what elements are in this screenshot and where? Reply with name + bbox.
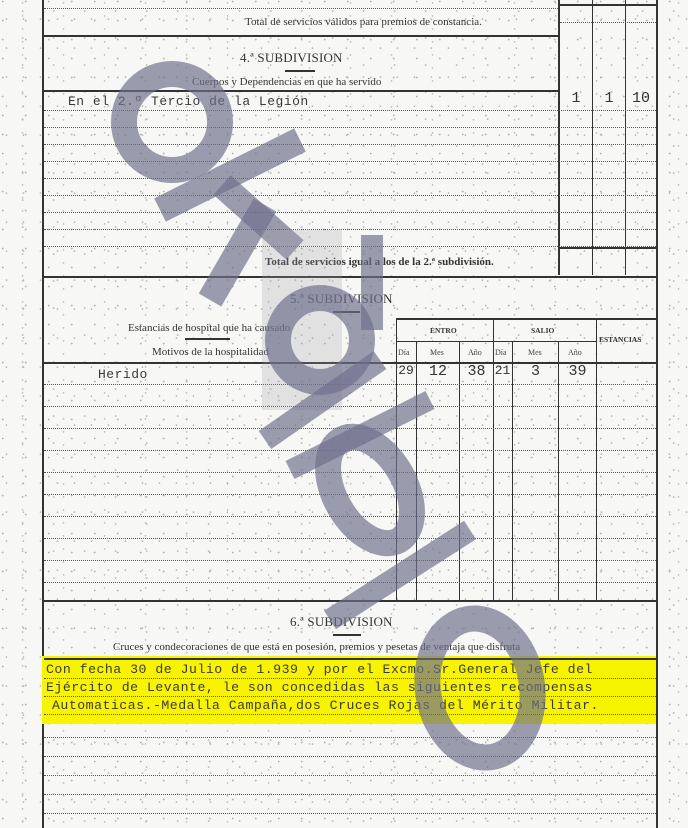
section4-entry: En el 2.º Tercio de la Legión bbox=[68, 94, 309, 109]
salio-mes: 3 bbox=[513, 363, 558, 380]
section4-col1: 1 bbox=[560, 90, 592, 107]
right-border bbox=[656, 0, 658, 828]
section5-title: 5.ª SUBDIVISION bbox=[290, 291, 393, 307]
section4-col2: 1 bbox=[593, 90, 625, 107]
section-rule bbox=[44, 276, 656, 278]
col-top-rule bbox=[560, 4, 656, 6]
hospital-motivo: Herido bbox=[98, 367, 148, 382]
header-entro: ENTRO bbox=[430, 326, 457, 335]
section4-col3: 10 bbox=[626, 90, 656, 107]
section4-subtitle: Cuerpos y Dependencias en que ha servido bbox=[192, 76, 381, 88]
dotted-rule bbox=[44, 8, 558, 9]
entro-mes: 12 bbox=[417, 363, 459, 380]
header-salio: SALIO bbox=[531, 326, 554, 335]
section5-subtitle2: Motivos de la hospitalidad bbox=[152, 346, 269, 358]
section6-title: 6.ª SUBDIVISION bbox=[290, 614, 393, 630]
section4-total-label: Total de servicios igual a los de la 2.ª… bbox=[265, 256, 494, 268]
section-rule bbox=[44, 600, 656, 602]
entro-dia: 29 bbox=[396, 363, 416, 378]
section6-subtitle: Cruces y condecoraciones de que está en … bbox=[113, 641, 520, 653]
col-divider bbox=[558, 0, 560, 275]
top-total-label: Total de servicios válidos para premios … bbox=[245, 16, 482, 28]
salio-ano: 39 bbox=[559, 363, 596, 380]
header-entro-mes: Mes bbox=[430, 348, 444, 357]
header-entro-ano: Año bbox=[468, 348, 482, 357]
section4-title: 4.ª SUBDIVISION bbox=[240, 50, 343, 66]
title-underline bbox=[285, 70, 315, 72]
col-divider bbox=[592, 0, 593, 275]
entro-ano: 38 bbox=[460, 363, 493, 380]
header-entro-dia: Día bbox=[398, 348, 410, 357]
header-salio-ano: Año bbox=[568, 348, 582, 357]
salio-dia: 21 bbox=[493, 363, 512, 378]
decoration-line-3: Automaticas.-Medalla Campaña,dos Cruces … bbox=[52, 698, 599, 713]
header-estancias: ESTANCIAS bbox=[599, 335, 641, 344]
decoration-line-1: Con fecha 30 de Julio de 1.939 y por el … bbox=[46, 662, 593, 677]
col-divider bbox=[625, 0, 626, 275]
section-rule bbox=[44, 90, 558, 92]
section5-subtitle1: Estancias de hospital que ha causado bbox=[128, 322, 290, 334]
header-salio-mes: Mes bbox=[528, 348, 542, 357]
section-rule bbox=[44, 35, 558, 37]
decoration-line-2: Ejército de Levante, le son concedidas l… bbox=[46, 680, 593, 695]
header-salio-dia: Día bbox=[495, 348, 507, 357]
